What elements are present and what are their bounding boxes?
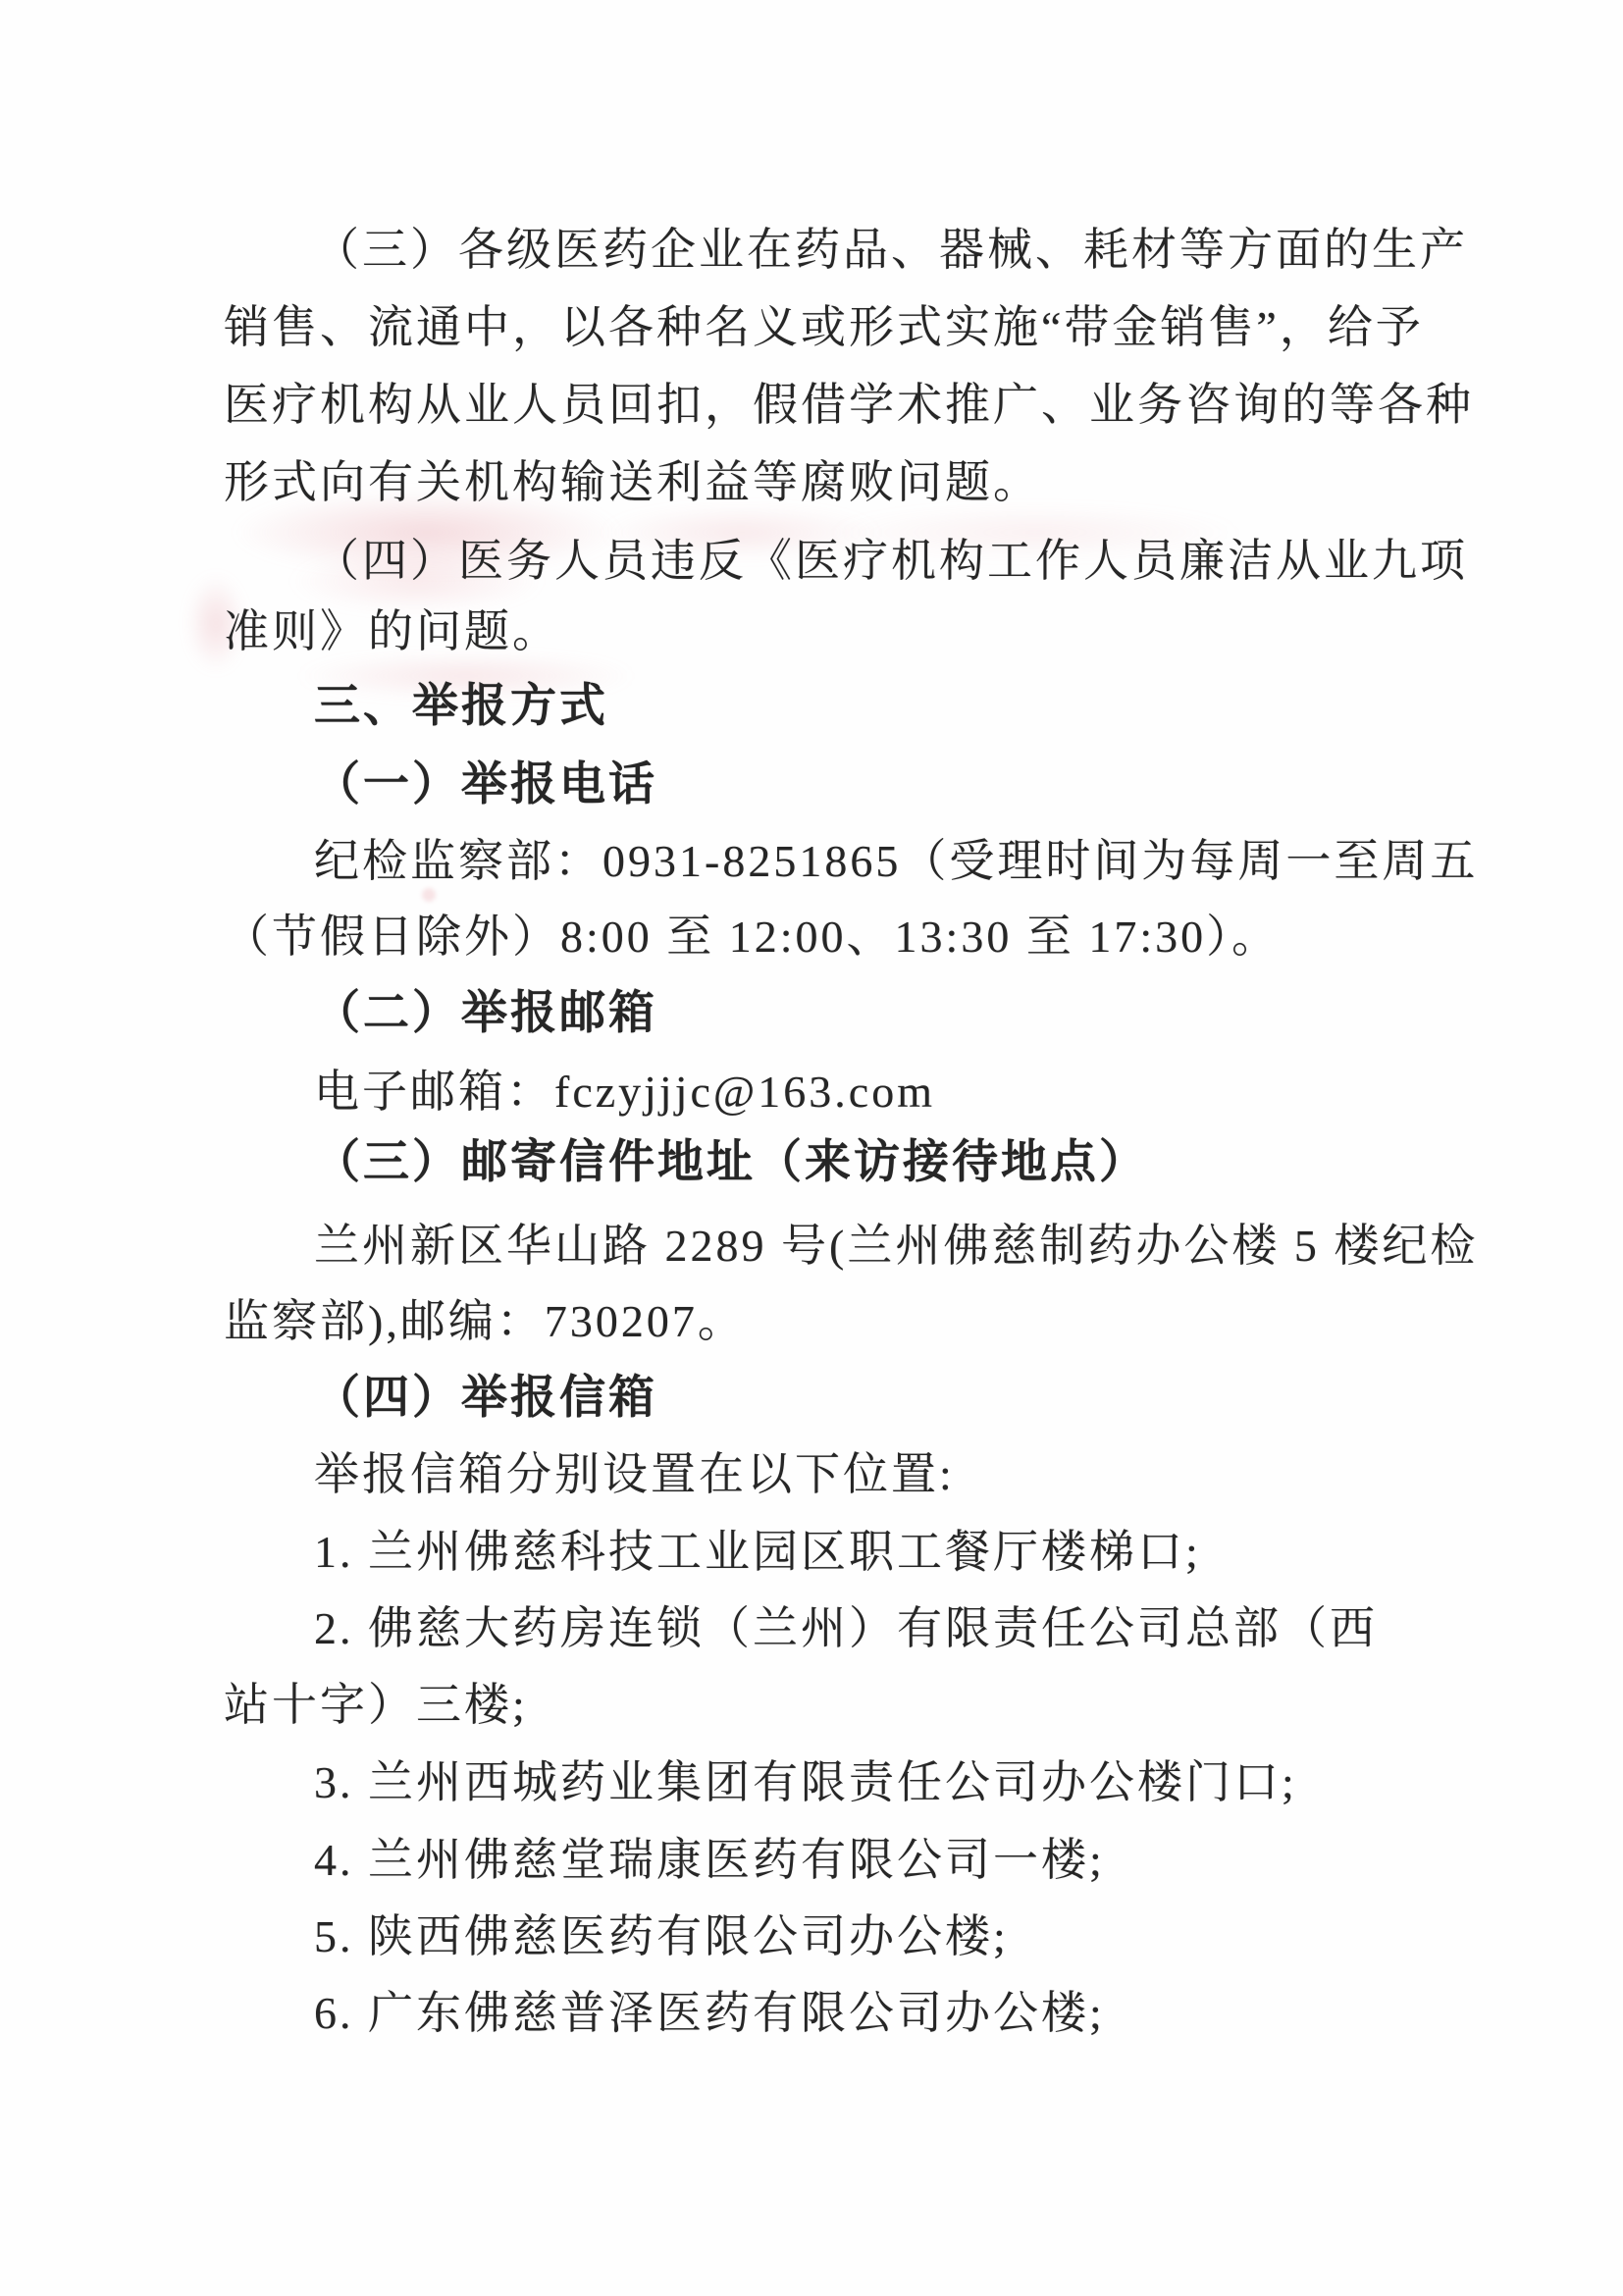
phone-line: 纪检监察部：0931-8251865（受理时间为每周一至周五 (224, 835, 1560, 888)
section-heading: 三、举报方式 (224, 680, 1560, 733)
list-item: 6. 广东佛慈普泽医药有限公司办公楼; (224, 1987, 1560, 2040)
body-line: （四）医务人员违反《医疗机构工作人员廉洁从业九项 (224, 535, 1560, 588)
stamp-residue-speck (422, 888, 436, 902)
subsection-heading-report-phone: （一）举报电话 (224, 758, 1560, 811)
scanned-document: { "page": { "kind": "scanned official no… (0, 0, 1623, 2296)
list-item: 2. 佛慈大药房连锁（兰州）有限责任公司总部（西 (224, 1602, 1560, 1655)
hours-line: （节假日除外）8:00 至 12:00、13:30 至 17:30）。 (224, 911, 1470, 964)
list-item: 5. 陕西佛慈医药有限公司办公楼; (224, 1910, 1560, 1963)
address-line: 监察部),邮编：730207。 (224, 1295, 1470, 1348)
email-line: 电子邮箱：fczyjjjc@163.com (224, 1066, 1560, 1119)
list-item: 4. 兰州佛慈堂瑞康医药有限公司一楼; (224, 1834, 1560, 1887)
list-item: 站十字）三楼; (224, 1679, 1470, 1732)
document-page: （三）各级医药企业在药品、器械、耗材等方面的生产 销售、流通中，以各种名义或形式… (0, 0, 1623, 2296)
subsection-heading-report-mailbox: （四）举报信箱 (224, 1372, 1560, 1425)
list-item: 3. 兰州西城药业集团有限责任公司办公楼门口; (224, 1756, 1560, 1809)
body-line: 销售、流通中，以各种名义或形式实施“带金销售”，给予 (224, 301, 1470, 354)
body-line: 形式向有关机构输送利益等腐败问题。 (224, 456, 1470, 509)
address-line: 兰州新区华山路 2289 号(兰州佛慈制药办公楼 5 楼纪检 (224, 1220, 1560, 1273)
body-line: 医疗机构从业人员回扣，假借学术推广、业务咨询的等各种 (224, 379, 1470, 432)
body-line: 准则》的问题。 (224, 605, 1470, 658)
subsection-heading-report-email: （二）举报邮箱 (224, 987, 1560, 1040)
list-item: 1. 兰州佛慈科技工业园区职工餐厅楼梯口; (224, 1526, 1560, 1579)
body-line: （三）各级医药企业在药品、器械、耗材等方面的生产 (224, 224, 1560, 277)
body-line: 举报信箱分别设置在以下位置: (224, 1448, 1560, 1501)
subsection-heading-mail-address: （三）邮寄信件地址（来访接待地点） (224, 1136, 1560, 1189)
